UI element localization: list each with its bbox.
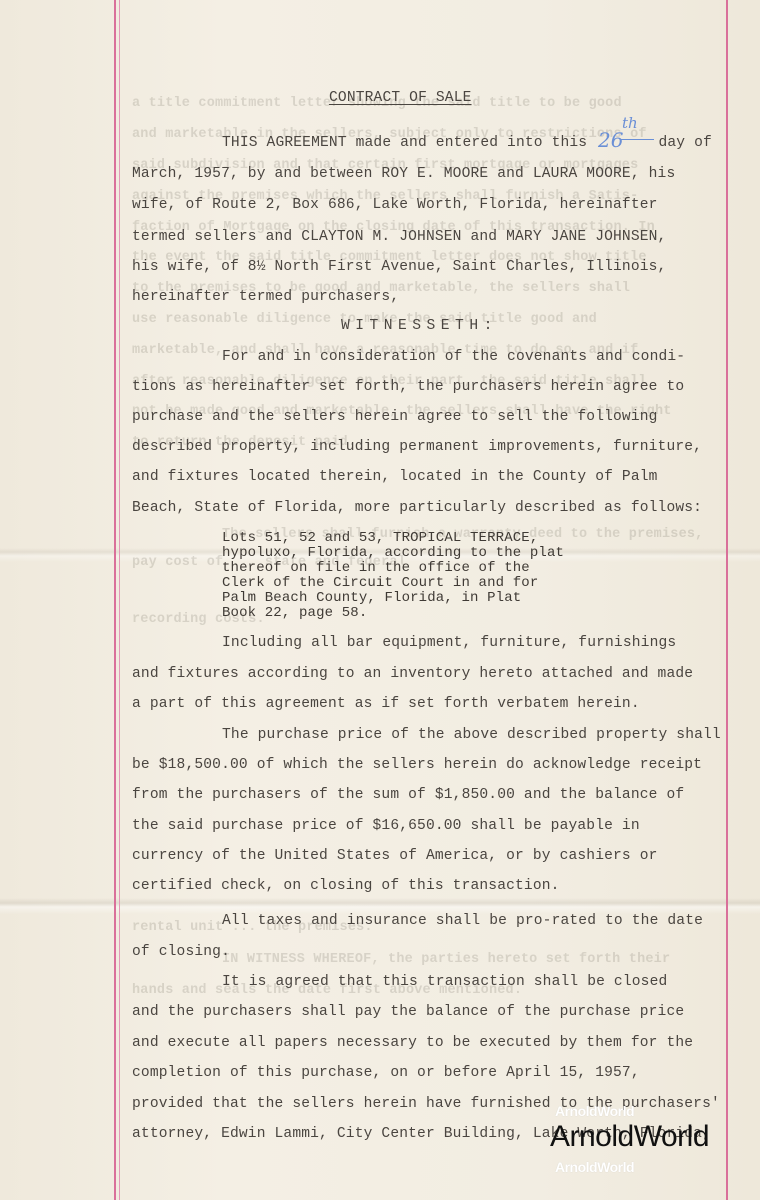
text-line: For and in consideration of the covenant… [222, 349, 685, 365]
text-line: termed sellers and CLAYTON M. JOHNSEN an… [132, 229, 666, 245]
property-line: Palm Beach County, Florida, in Plat [222, 591, 521, 606]
text-line: certified check, on closing of this tran… [132, 878, 560, 894]
text-line: Beach, State of Florida, more particular… [132, 500, 702, 516]
text-line: and execute all papers necessary to be e… [132, 1035, 693, 1051]
watermark-small-bottom: ArnoldWorld [555, 1159, 634, 1175]
watermark-small-top: ArnoldWorld [555, 1103, 634, 1119]
text-line: his wife, of 8½ North First Avenue, Sain… [132, 259, 666, 275]
text-line: and fixtures located therein, located in… [132, 469, 658, 485]
text-line: of closing. [132, 944, 230, 960]
witnesseth-heading: WITNESSETH: [341, 318, 498, 334]
text-line: wife, of Route 2, Box 686, Lake Worth, F… [132, 197, 658, 213]
text-line: a part of this agreement as if set forth… [132, 696, 640, 712]
text-line: currency of the United States of America… [132, 848, 658, 864]
text-line: All taxes and insurance shall be pro-rat… [222, 913, 703, 929]
handwritten-underline [620, 139, 654, 140]
text-line: The purchase price of the above describe… [222, 727, 721, 743]
bleed-line: IN WITNESS WHEREOF, the parties hereto s… [222, 952, 670, 967]
text-line: tions as hereinafter set forth, the purc… [132, 379, 684, 395]
text-line: It is agreed that this transaction shall… [222, 974, 667, 990]
left-margin-line [114, 0, 116, 1200]
property-line: hypoluxo, Florida, according to the plat [222, 546, 564, 561]
text-line: completion of this purchase, on or befor… [132, 1065, 640, 1081]
text-line: hereinafter termed purchasers, [132, 289, 399, 305]
property-line: thereof on file in the office of the [222, 561, 530, 576]
property-line: Clerk of the Circuit Court in and for [222, 576, 538, 591]
text-line: the said purchase price of $16,650.00 sh… [132, 818, 640, 834]
watermark-large: ArnoldWorld [550, 1120, 709, 1154]
text-line: purchase and the sellers herein agree to… [132, 409, 658, 425]
text-line: Including all bar equipment, furniture, … [222, 635, 676, 651]
document-title: CONTRACT OF SALE [329, 90, 472, 106]
text-line: and the purchasers shall pay the balance… [132, 1004, 684, 1020]
text-line: from the purchasers of the sum of $1,850… [132, 787, 684, 803]
property-line: Lots 51, 52 and 53, TROPICAL TERRACE, [222, 531, 538, 546]
text-line: March, 1957, by and between ROY E. MOORE… [132, 166, 675, 182]
left-margin-line-secondary [119, 0, 120, 1200]
handwritten-day: 26 [598, 128, 623, 152]
text-line: and fixtures according to an inventory h… [132, 666, 693, 682]
property-line: Book 22, page 58. [222, 606, 367, 621]
text-line: described property, including permanent … [132, 439, 702, 455]
handwritten-day-suffix: th [622, 114, 638, 132]
right-margin-line [726, 0, 728, 1200]
text-line: THIS AGREEMENT made and entered into thi… [222, 135, 712, 151]
text-line: be $18,500.00 of which the sellers herei… [132, 757, 702, 773]
